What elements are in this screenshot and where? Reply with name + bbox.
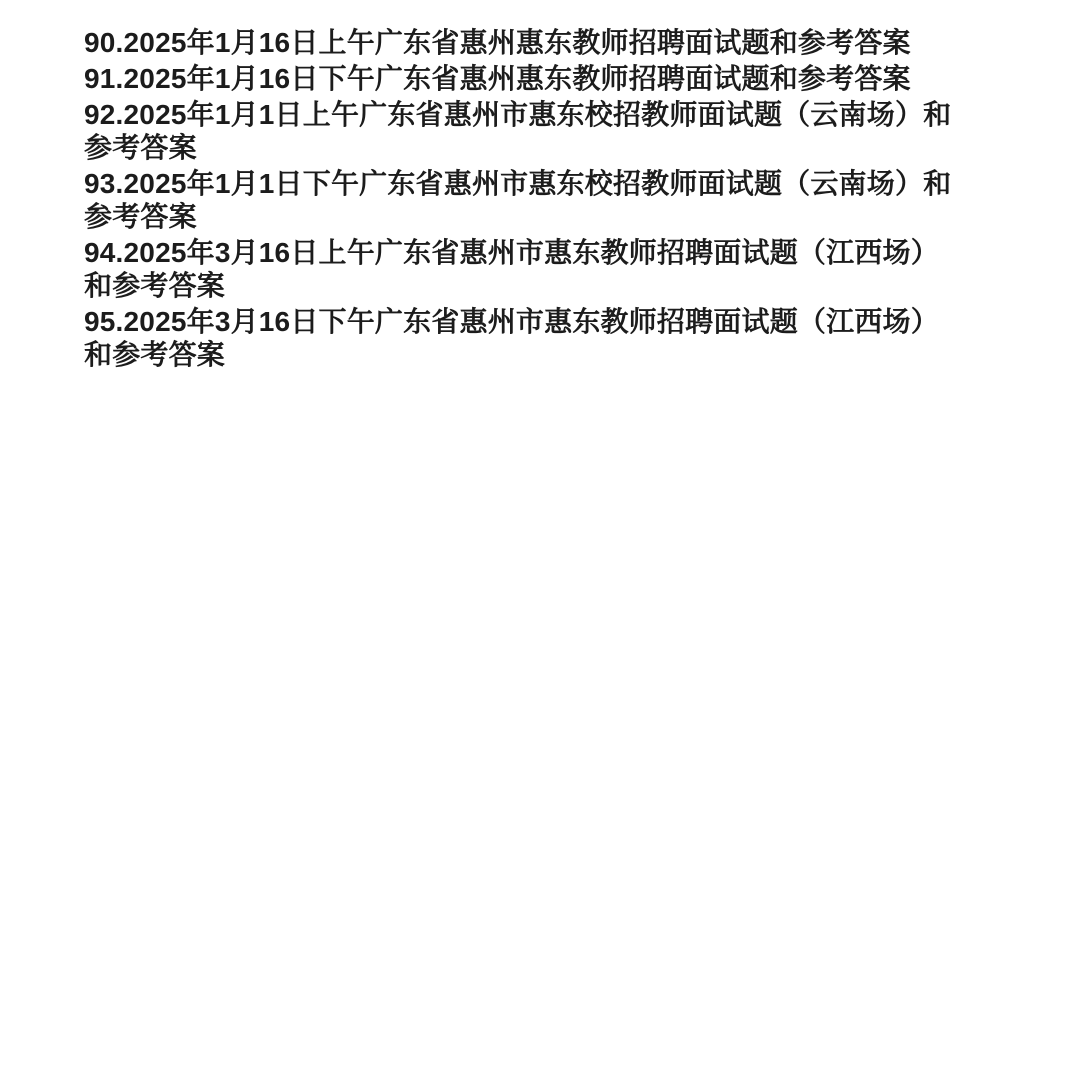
list-item: 95.2025年3月16日下午广东省惠州市惠东教师招聘面试题（江西场） 和参考答… [84, 305, 1000, 371]
list-item-line: 参考答案 [84, 131, 1000, 164]
list-item: 93.2025年1月1日下午广东省惠州市惠东校招教师面试题（云南场）和 参考答案 [84, 167, 1000, 233]
exam-item-list: 90.2025年1月16日上午广东省惠州惠东教师招聘面试题和参考答案 91.20… [84, 26, 1000, 371]
list-item: 90.2025年1月16日上午广东省惠州惠东教师招聘面试题和参考答案 [84, 26, 1000, 59]
list-item-line: 93.2025年1月1日下午广东省惠州市惠东校招教师面试题（云南场）和 [84, 167, 1000, 200]
list-item-line: 和参考答案 [84, 338, 1000, 371]
list-item-line: 92.2025年1月1日上午广东省惠州市惠东校招教师面试题（云南场）和 [84, 98, 1000, 131]
list-item: 92.2025年1月1日上午广东省惠州市惠东校招教师面试题（云南场）和 参考答案 [84, 98, 1000, 164]
list-item-line: 95.2025年3月16日下午广东省惠州市惠东教师招聘面试题（江西场） [84, 305, 1000, 338]
document-page: 90.2025年1月16日上午广东省惠州惠东教师招聘面试题和参考答案 91.20… [0, 0, 1080, 1080]
list-item-line: 90.2025年1月16日上午广东省惠州惠东教师招聘面试题和参考答案 [84, 26, 1000, 59]
list-item: 94.2025年3月16日上午广东省惠州市惠东教师招聘面试题（江西场） 和参考答… [84, 236, 1000, 302]
list-item: 91.2025年1月16日下午广东省惠州惠东教师招聘面试题和参考答案 [84, 62, 1000, 95]
list-item-line: 91.2025年1月16日下午广东省惠州惠东教师招聘面试题和参考答案 [84, 62, 1000, 95]
list-item-line: 和参考答案 [84, 269, 1000, 302]
list-item-line: 94.2025年3月16日上午广东省惠州市惠东教师招聘面试题（江西场） [84, 236, 1000, 269]
list-item-line: 参考答案 [84, 200, 1000, 233]
